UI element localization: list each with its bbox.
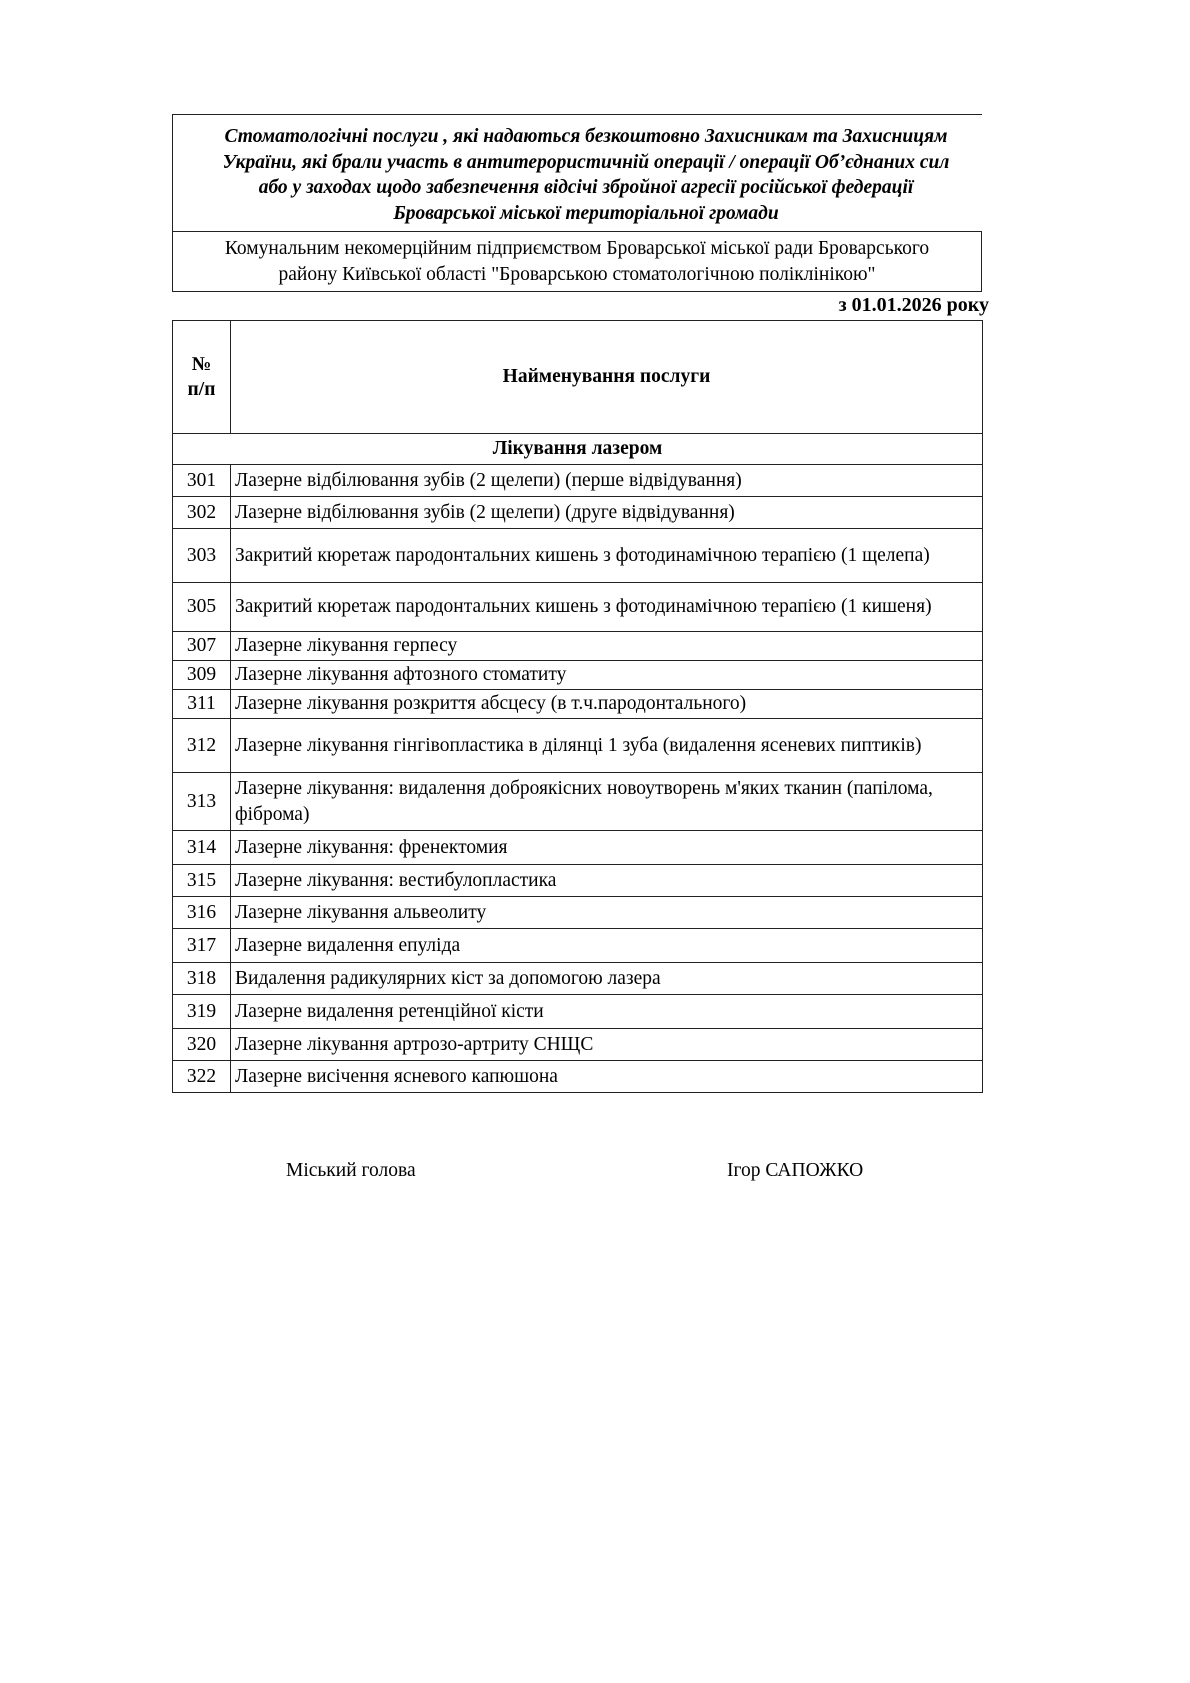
row-number: 322 — [173, 1061, 231, 1093]
document-title-box: Стоматологічні послуги , які надаються б… — [172, 114, 982, 232]
row-number: 317 — [173, 929, 231, 963]
document-title: Стоматологічні послуги , які надаються б… — [173, 124, 982, 226]
table-row: 312Лазерне лікування гінгівопластика в д… — [173, 719, 983, 773]
row-number: 313 — [173, 773, 231, 831]
row-number: 314 — [173, 831, 231, 865]
section-row: Лікування лазером — [173, 434, 983, 465]
row-number: 320 — [173, 1029, 231, 1061]
service-name: Лазерне видалення епуліда — [231, 929, 983, 963]
row-number: 311 — [173, 690, 231, 719]
service-name: Лазерне лікування афтозного стоматиту — [231, 661, 983, 690]
table-row: 315Лазерне лікування: вестибулопластика — [173, 865, 983, 897]
section-title: Лікування лазером — [173, 434, 983, 465]
table-row: 307Лазерне лікування герпесу — [173, 632, 983, 661]
row-number: 307 — [173, 632, 231, 661]
table-row: 322Лазерне висічення ясневого капюшона — [173, 1061, 983, 1093]
row-number: 302 — [173, 497, 231, 529]
table-row: 316Лазерне лікування альвеолиту — [173, 897, 983, 929]
column-header-service-name: Найменування послуги — [231, 321, 983, 434]
row-number: 318 — [173, 963, 231, 995]
table-row: 311Лазерне лікування розкриття абсцесу (… — [173, 690, 983, 719]
service-name: Лазерне лікування гінгівопластика в діля… — [231, 719, 983, 773]
organization-name: Комунальним некомерційним підприємством … — [173, 236, 981, 287]
row-number: 319 — [173, 995, 231, 1029]
service-name: Лазерне висічення ясневого капюшона — [231, 1061, 983, 1093]
table-row: 305Закритий кюретаж пародонтальних кишен… — [173, 583, 983, 632]
table-row: 313Лазерне лікування: видалення доброякі… — [173, 773, 983, 831]
row-number: 301 — [173, 465, 231, 497]
table-row: 317Лазерне видалення епуліда — [173, 929, 983, 963]
column-header-number: № п/п — [173, 321, 231, 434]
service-name: Лазерне лікування герпесу — [231, 632, 983, 661]
row-number: 303 — [173, 529, 231, 583]
service-name: Закритий кюретаж пародонтальних кишень з… — [231, 529, 983, 583]
row-number: 305 — [173, 583, 231, 632]
table-row: 309Лазерне лікування афтозного стоматиту — [173, 661, 983, 690]
table-row: 318Видалення радикулярних кіст за допомо… — [173, 963, 983, 995]
table-header-row: № п/п Найменування послуги — [173, 321, 983, 434]
row-number: 315 — [173, 865, 231, 897]
signature-title: Міський голова — [286, 1160, 416, 1182]
row-number: 316 — [173, 897, 231, 929]
service-name: Лазерне лікування: вестибулопластика — [231, 865, 983, 897]
table-row: 319Лазерне видалення ретенційної кісти — [173, 995, 983, 1029]
service-name: Лазерне лікування: френектомия — [231, 831, 983, 865]
organization-box: Комунальним некомерційним підприємством … — [172, 232, 982, 292]
service-name: Видалення радикулярних кіст за допомогою… — [231, 963, 983, 995]
table-row: 302Лазерне відбілювання зубів (2 щелепи)… — [173, 497, 983, 529]
services-table: № п/п Найменування послуги Лікування лаз… — [172, 320, 983, 1093]
service-name: Лазерне лікування розкриття абсцесу (в т… — [231, 690, 983, 719]
row-number: 309 — [173, 661, 231, 690]
table-row: 314Лазерне лікування: френектомия — [173, 831, 983, 865]
service-name: Лазерне видалення ретенційної кісти — [231, 995, 983, 1029]
service-name: Лазерне лікування артрозо-артриту СНЩС — [231, 1029, 983, 1061]
table-row: 320Лазерне лікування артрозо-артриту СНЩ… — [173, 1029, 983, 1061]
table-row: 303Закритий кюретаж пародонтальних кишен… — [173, 529, 983, 583]
service-name: Лазерне лікування: видалення доброякісни… — [231, 773, 983, 831]
service-name: Закритий кюретаж пародонтальних кишень з… — [231, 583, 983, 632]
service-name: Лазерне відбілювання зубів (2 щелепи) (д… — [231, 497, 983, 529]
table-row: 301Лазерне відбілювання зубів (2 щелепи)… — [173, 465, 983, 497]
signature-name: Ігор САПОЖКО — [727, 1160, 863, 1182]
service-name: Лазерне відбілювання зубів (2 щелепи) (п… — [231, 465, 983, 497]
row-number: 312 — [173, 719, 231, 773]
service-name: Лазерне лікування альвеолиту — [231, 897, 983, 929]
effective-date: з 01.01.2026 року — [700, 293, 989, 317]
